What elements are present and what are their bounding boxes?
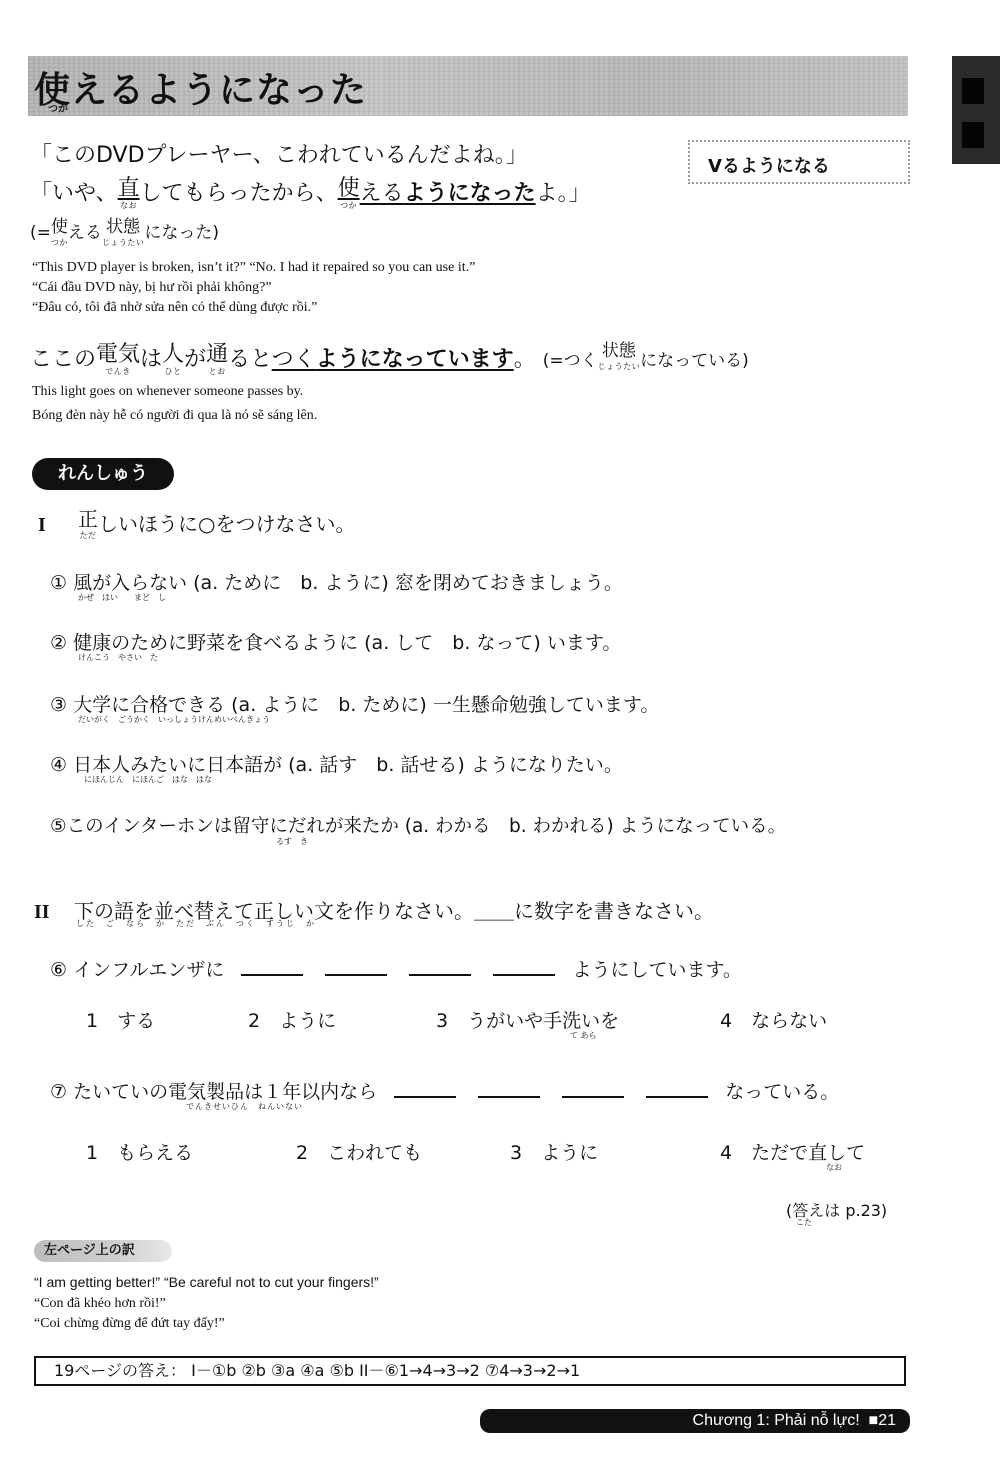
q7-option-3: 3 ように	[510, 1138, 598, 1165]
page-footer: Chương 1: Phải nỗ lực! ■21	[480, 1409, 910, 1433]
highlighted-grammar: ようになった	[404, 181, 536, 206]
translation-tag: 左ページ上の訳	[34, 1240, 172, 1262]
question-3: ③ 大学に合格できる (a. ように b. ために) 一生懸命勉強しています。	[50, 690, 659, 717]
tab-mark	[962, 78, 984, 104]
answer-blank[interactable]	[325, 956, 387, 976]
title-furigana: つか	[48, 100, 68, 115]
question-1: ① 風が入らない (a. ために b. ように) 窓を閉めておきましょう。	[50, 568, 623, 595]
question-6: ⑥ インフルエンザに ようにしています。	[50, 955, 742, 982]
question-2: ② 健康のために野菜を食べるように (a. して b. なって) います。	[50, 628, 621, 655]
example2-vietnamese: Bóng đèn này hễ có người đi qua là nó sẽ…	[32, 408, 317, 424]
grammar-pattern: Vるようになる	[708, 152, 830, 178]
question-7: ⑦ たいていの電気製品は１年以内なら なっている。	[50, 1077, 839, 1104]
question-5: ⑤このインターホンは留守にだれが来たか (a. わかる b. わかれる) ように…	[50, 812, 786, 838]
practice-label: れんしゅう	[32, 458, 174, 490]
example1-english: “This DVD player is broken, isn’t it?” “…	[32, 260, 475, 276]
page-title: 使えるようになった	[34, 62, 367, 113]
example2-sentence: ここの電気でんきは人ひとが通とおるとつくようになっています。 (=つく状態じょう…	[30, 342, 749, 376]
answer-blank[interactable]	[478, 1078, 540, 1098]
section2-furigana: した ご なら か ただ ぶん つく すうじ か	[76, 918, 316, 929]
answer-blank[interactable]	[493, 956, 555, 976]
highlighted-grammar: ようになっています	[316, 347, 514, 372]
answer-blank[interactable]	[646, 1078, 708, 1098]
example1-vietnamese-1: “Cái đầu DVD này, bị hư rồi phải không?”	[32, 280, 272, 296]
example1-line1: 「このDVDプレーヤー、こわれているんだよね。」	[30, 138, 528, 169]
answer-reference-furigana: こた	[796, 1217, 812, 1228]
chapter-thumb-tab	[952, 56, 1000, 164]
answer-blank[interactable]	[409, 956, 471, 976]
q7-option-4: 4 ただで直して	[720, 1138, 865, 1165]
q7-option-2: 2 こわれても	[296, 1138, 422, 1165]
section-numeral: I	[38, 514, 78, 537]
question-7-furigana: でんきせいひん ねんいない	[186, 1101, 303, 1112]
example2-english: This light goes on whenever someone pass…	[32, 384, 303, 400]
q6-option-4: 4 ならない	[720, 1006, 827, 1033]
translation-vietnamese-1: “Con đã khéo hơn rồi!”	[34, 1296, 166, 1312]
answer-blank[interactable]	[562, 1078, 624, 1098]
q7-option-4-furigana: なお	[826, 1162, 842, 1173]
q6-option-1: 1 する	[86, 1006, 155, 1033]
previous-answers-box: 19ページの答え： I－①b ②b ③a ④a ⑤b II－⑥1→4→3→2 ⑦…	[34, 1356, 906, 1386]
question-3-furigana: だいがく ごうかく いっしょうけんめいべんきょう	[78, 714, 270, 725]
tab-mark	[962, 122, 984, 148]
answer-blank[interactable]	[394, 1078, 456, 1098]
question-2-furigana: けんこう やさい た	[78, 652, 158, 663]
q7-option-1: 1 もらえる	[86, 1138, 193, 1165]
q6-option-3-furigana: て あら	[570, 1030, 597, 1041]
answer-blank[interactable]	[241, 956, 303, 976]
chapter-name: Chương 1: Phải nỗ lực!	[693, 1412, 860, 1429]
example1-line2: 「いや、直なおしてもらったから、使つかえるようになったよ。」	[30, 176, 591, 210]
page-number: ■21	[869, 1412, 896, 1429]
question-1-furigana: かぜ はい まど し	[78, 592, 166, 603]
grammar-pattern-box: Vるようになる	[688, 140, 910, 184]
question-4: ④ 日本人みたいに日本語が (a. 話す b. 話せる) ようになりたい。	[50, 750, 623, 777]
translation-english: “I am getting better!” “Be careful not t…	[34, 1274, 379, 1290]
example1-paraphrase: (=使つかえる状態じょうたいになった)	[30, 218, 219, 247]
q6-option-3: 3 うがいや手洗いを	[436, 1006, 619, 1033]
section1-heading: I正ただしいほうに○をつけなさい。	[38, 508, 355, 540]
q6-option-2: 2 ように	[248, 1006, 336, 1033]
translation-vietnamese-2: “Coi chừng đừng để đứt tay đấy!”	[34, 1316, 225, 1332]
section-numeral: II	[34, 901, 74, 924]
question-4-furigana: にほんじん にほんご はな はな	[84, 774, 212, 785]
chapter-title-banner: 使えるようになった つか	[28, 56, 908, 116]
example1-vietnamese-2: “Đâu có, tôi đã nhờ sửa nên có thể dùng …	[32, 300, 317, 316]
question-5-furigana: るす き	[276, 836, 308, 847]
